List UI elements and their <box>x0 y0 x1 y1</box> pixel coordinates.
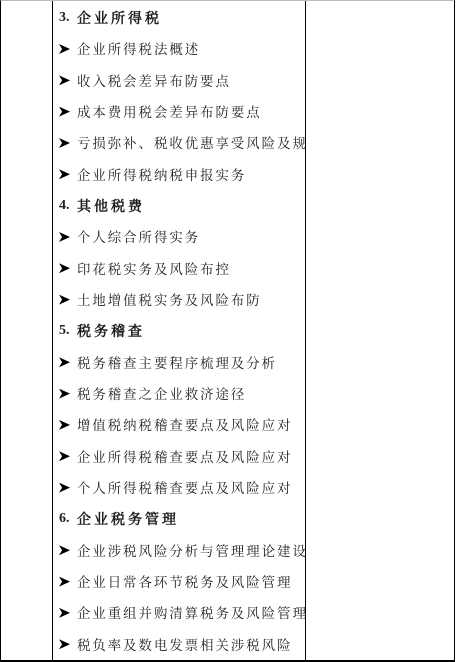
outline-item: 企业所得税稽查要点及风险应对 <box>59 441 303 472</box>
outline-item: 企业涉税风险分析与管理理论建设 <box>59 535 303 566</box>
section-heading: 6.企业税务管理 <box>59 503 303 534</box>
arrow-bullet-icon <box>59 483 77 493</box>
table-right-column <box>306 1 454 660</box>
outline-item: 收入税会差异布防要点 <box>59 65 303 96</box>
outline-item: 个人所得税稽查要点及风险应对 <box>59 472 303 503</box>
outline-item-text: 印花税实务及风险布控 <box>77 259 231 278</box>
outline-item: 成本费用税会差异布防要点 <box>59 96 303 127</box>
outline-item-text: 企业涉税风险分析与管理理论建设 <box>77 541 306 560</box>
section-heading: 3.企业所得税 <box>59 2 303 33</box>
outline-item-text: 企业所得税纳税申报实务 <box>77 165 246 184</box>
outline-item-text: 收入税会差异布防要点 <box>77 71 231 90</box>
outline-item: 企业所得税纳税申报实务 <box>59 159 303 190</box>
arrow-bullet-icon <box>59 263 77 273</box>
course-outline-table: 3.企业所得税企业所得税法概述收入税会差异布防要点成本费用税会差异布防要点亏损弥… <box>0 0 455 662</box>
outline-item-text: 企业日常各环节税务及风险管理 <box>77 572 292 591</box>
arrow-bullet-icon <box>59 577 77 587</box>
arrow-bullet-icon <box>59 357 77 367</box>
section-number: 6. <box>59 511 77 527</box>
section-title: 企业税务管理 <box>77 509 179 529</box>
outline-item-text: 税务稽查主要程序梳理及分析 <box>77 353 277 372</box>
outline-item: 企业日常各环节税务及风险管理 <box>59 566 303 597</box>
section-heading: 4.其他税费 <box>59 190 303 221</box>
arrow-bullet-icon <box>59 75 77 85</box>
arrow-bullet-icon <box>59 138 77 148</box>
arrow-bullet-icon <box>59 545 77 555</box>
table-left-column <box>1 1 53 660</box>
outline-item-text: 成本费用税会差异布防要点 <box>77 102 262 121</box>
outline-item: 个人综合所得实务 <box>59 221 303 252</box>
arrow-bullet-icon <box>59 420 77 430</box>
outline-item-text: 土地增值税实务及风险布防 <box>77 290 262 309</box>
section-number: 4. <box>59 198 77 214</box>
section-number: 5. <box>59 323 77 339</box>
section-title: 税务稽查 <box>77 321 145 341</box>
outline-item-text: 亏损弥补、税收优惠享受风险及规划 <box>77 133 306 152</box>
arrow-bullet-icon <box>59 295 77 305</box>
outline-item: 企业重组并购清算税务及风险管理 <box>59 597 303 628</box>
arrow-bullet-icon <box>59 639 77 649</box>
section-number: 3. <box>59 10 77 26</box>
outline-item: 土地增值税实务及风险布防 <box>59 284 303 315</box>
outline-item-text: 个人综合所得实务 <box>77 227 200 246</box>
outline-item-text: 企业所得税法概述 <box>77 39 200 58</box>
section-heading: 5.税务稽查 <box>59 315 303 346</box>
outline-item-text: 企业重组并购清算税务及风险管理 <box>77 603 306 622</box>
outline-item-text: 企业所得税稽查要点及风险应对 <box>77 447 292 466</box>
outline-item: 税负率及数电发票相关涉税风险 <box>59 629 303 660</box>
outline-item-text: 个人所得税稽查要点及风险应对 <box>77 478 292 497</box>
outline-item-text: 税务稽查之企业救济途径 <box>77 384 246 403</box>
outline-item: 企业所得税法概述 <box>59 33 303 64</box>
outline-item: 增值税纳税稽查要点及风险应对 <box>59 409 303 440</box>
section-title: 其他税费 <box>77 196 145 216</box>
outline-item: 印花税实务及风险布控 <box>59 253 303 284</box>
outline-item: 税务稽查之企业救济途径 <box>59 378 303 409</box>
section-title: 企业所得税 <box>77 8 162 28</box>
outline-item: 亏损弥补、税收优惠享受风险及规划 <box>59 127 303 158</box>
arrow-bullet-icon <box>59 44 77 54</box>
arrow-bullet-icon <box>59 608 77 618</box>
arrow-bullet-icon <box>59 107 77 117</box>
arrow-bullet-icon <box>59 451 77 461</box>
outline-item-text: 增值税纳税稽查要点及风险应对 <box>77 415 292 434</box>
table-content-column: 3.企业所得税企业所得税法概述收入税会差异布防要点成本费用税会差异布防要点亏损弥… <box>53 1 306 660</box>
outline-item: 税务稽查主要程序梳理及分析 <box>59 347 303 378</box>
arrow-bullet-icon <box>59 389 77 399</box>
arrow-bullet-icon <box>59 169 77 179</box>
arrow-bullet-icon <box>59 232 77 242</box>
outline-item-text: 税负率及数电发票相关涉税风险 <box>77 635 292 654</box>
